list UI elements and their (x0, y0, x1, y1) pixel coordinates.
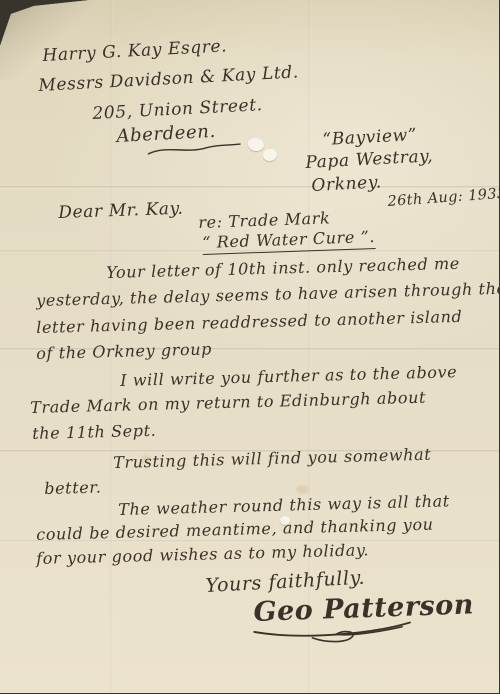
letter-paper: Harry G. Kay Esqre. Messrs Davidson & Ka… (0, 0, 499, 693)
sender-line: Orkney. (311, 172, 382, 196)
closing: Yours faithfully. (205, 567, 366, 597)
sender-line: “Bayview” (322, 125, 418, 150)
body-line: Trade Mark on my return to Edinburgh abo… (30, 388, 426, 417)
body-line: Your letter of 10th inst. only reached m… (106, 254, 460, 282)
body-line: letter having been readdressed to anothe… (36, 307, 463, 337)
body-line: the 11th Sept. (32, 421, 157, 443)
recipient-line: Harry G. Kay Esqre. (42, 36, 228, 66)
fold-crease (0, 186, 499, 189)
paper-stain (296, 485, 308, 494)
salutation: Dear Mr. Kay. (58, 199, 184, 223)
body-line: better. (44, 478, 102, 498)
body-line: I will write you further as to the above (120, 362, 457, 390)
letter-date: 26th Aug: 1933. (387, 185, 500, 210)
body-line: of the Orkney group (36, 339, 212, 363)
signature-flourish (252, 620, 413, 648)
body-line: yesterday, the delay seems to have arise… (36, 279, 500, 310)
recipient-line: Messrs Davidson & Kay Ltd. (38, 62, 299, 96)
paper-damage-spot (263, 149, 277, 161)
photo-backdrop: Harry G. Kay Esqre. Messrs Davidson & Ka… (0, 0, 500, 694)
recipient-line: 205, Union Street. (92, 95, 263, 124)
body-line: Trusting this will find you somewhat (113, 445, 431, 472)
sender-line: Papa Westray, (305, 146, 434, 173)
body-line: for your good wishes as to my holiday. (36, 540, 369, 568)
paper-damage-spot (248, 138, 264, 151)
